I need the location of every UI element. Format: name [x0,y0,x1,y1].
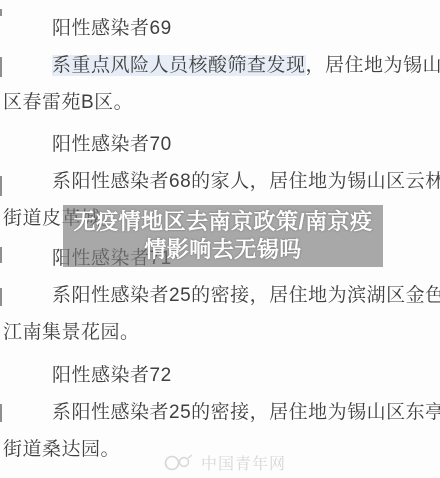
case-heading: 阳性感染者70 [0,126,440,163]
watermark-logo-icon [163,453,197,471]
site-watermark: 中国青年网 [163,451,286,473]
left-edge-artifact [0,57,2,77]
watermark-text: 中国青年网 [201,451,286,474]
case-detail-text: ，居住地为锡山 [306,55,440,76]
case-heading: 阳性感染者69 [0,10,440,47]
case-detail-line: 系阳性感染者25的密接，居住地为滨湖区金色 [0,277,440,314]
case-detail-line: 系阳性感染者68的家人，居住地为锡山区云林 [0,163,440,200]
case-detail-line: 系重点风险人员核酸筛查发现，居住地为锡山 [0,47,440,84]
case-heading: 阳性感染者72 [0,357,440,394]
highlighted-text: 系重点风险人员核酸筛查发现 [52,55,306,76]
left-edge-artifact [0,176,2,196]
left-edge-artifact [0,404,2,422]
bulletin-screenshot: 阳性感染者69 系重点风险人员核酸筛查发现，居住地为锡山 区春雷苑B区。 阳性感… [0,0,440,478]
overlay-title-line1: 无疫情地区去南京政策/南京疫 [73,208,372,236]
overlay-title-line2: 情影响去无锡吗 [144,236,302,264]
case-entry-69: 阳性感染者69 系重点风险人员核酸筛查发现，居住地为锡山 区春雷苑B区。 [0,10,440,121]
left-edge-artifact [0,247,2,263]
case-detail-line: 系阳性感染者25的密接，居住地为锡山区东亭 [0,394,440,431]
title-overlay: 无疫情地区去南京政策/南京疫 情影响去无锡吗 [63,205,383,267]
case-detail-line: 区春雷苑B区。 [0,84,440,121]
case-detail-line: 江南集景花园。 [0,314,440,351]
left-edge-artifact [0,288,2,306]
left-edge-artifact [0,9,2,16]
